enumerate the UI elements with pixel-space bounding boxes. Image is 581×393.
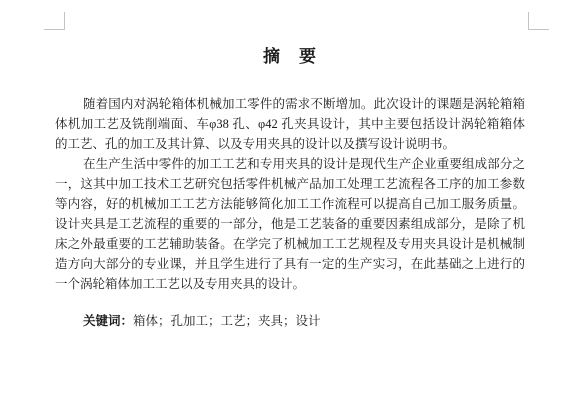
abstract-paragraph-1: 随着国内对涡轮箱体机械加工零件的需求不断增加。此次设计的课题是涡轮箱箱体机加工艺…	[55, 94, 525, 154]
document-page: 摘 要 随着国内对涡轮箱体机械加工零件的需求不断增加。此次设计的课题是涡轮箱箱体…	[0, 0, 581, 393]
keywords-label: 关键词：	[83, 314, 133, 328]
margin-crop-mark-top-right	[528, 12, 549, 30]
keywords-text: 箱体；孔加工；工艺；夹具；设计	[133, 314, 321, 328]
margin-crop-mark-top-left	[44, 12, 65, 30]
page-content: 摘 要 随着国内对涡轮箱体机械加工零件的需求不断增加。此次设计的课题是涡轮箱箱体…	[55, 47, 525, 344]
abstract-title: 摘 要	[55, 47, 525, 67]
abstract-paragraph-2: 在生产生活中零件的加工工艺和专用夹具的设计是现代生产企业重要组成部分之一，这其中…	[55, 154, 525, 294]
keywords-line: 关键词：箱体；孔加工；工艺；夹具；设计	[55, 311, 525, 331]
